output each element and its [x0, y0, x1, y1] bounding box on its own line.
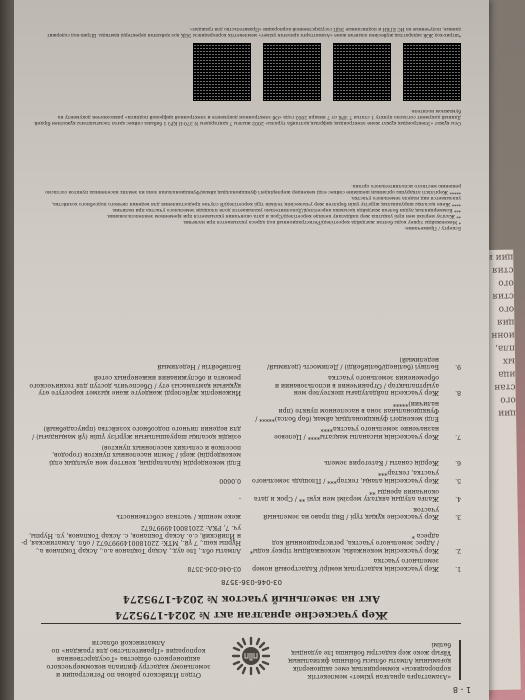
note-item: *** Коммерциялық аудан болған жағдайда қ…	[31, 206, 461, 212]
row-number: 9.	[439, 355, 461, 370]
table-row: 2.Жер учаскесінің мекенжайы, мекенжайдың…	[21, 523, 461, 553]
row-label: Жер учаскесін пайдалудағы шектеулер мен …	[241, 373, 439, 396]
table-row: 4.Жалға алудың аяқталу мерзімі мен күні …	[21, 487, 461, 502]
header-org-kz: «Азаматтарға арналған үкімет» мемлекетті…	[286, 640, 461, 680]
row-number: 2.	[439, 523, 461, 553]
row-label: Жер учаскесінің кадастрлық нөмірі/ Кадас…	[241, 557, 439, 572]
notes-heading: Ескерту / Примечание:	[31, 224, 461, 230]
table-row: 5.Жер учаскесінің алаңы, гектар*** / Пло…	[21, 469, 461, 484]
row-number: 1.	[439, 557, 461, 572]
qr-footer-note: *штрих-код ЖЖ ақпараттық жүйесінен алынғ…	[31, 25, 461, 37]
table-row: 6.Жердің санаты / Категория земельЕлді м…	[21, 443, 461, 466]
row-value: 0.0600	[21, 469, 241, 484]
row-value: 03-046-036-3578	[21, 557, 241, 572]
row-value: өзіндік қосалқы шаруашылығын жүргізу үші…	[21, 425, 241, 440]
qr-code-icon	[403, 43, 461, 101]
row-label: Бөлінуі (бөлінеді/бөлінбейді) / Делимост…	[241, 355, 439, 370]
document-header: «Азаматтарға арналған үкімет» мемлекетті…	[41, 628, 461, 680]
table-row: 7.Жер учаскесінің нысаналы мақсаты**** /…	[21, 425, 461, 440]
photo-background-left	[0, 0, 14, 700]
cadastral-number: 03-046-036-3578	[14, 578, 489, 586]
qr-code-icon	[263, 43, 321, 101]
table-row: 3.Жер учаскесіне құқық түрі / Вид право …	[21, 505, 461, 520]
qr-code-icon	[193, 43, 251, 101]
row-label: Жер учаскесінің мекенжайы, мекенжайдың т…	[241, 523, 439, 553]
row-number: 8.	[439, 373, 461, 396]
digital-signature-section: Осы құжат «Электрондық құжат және электр…	[31, 25, 461, 125]
digital-signature-notice: Осы құжат «Электрондық құжат және электр…	[31, 107, 461, 125]
row-value	[21, 399, 241, 422]
row-value: Бөлінбейтін / Неделимый	[21, 355, 241, 370]
table-row: Елді мекендегі функционалдық аймақ (бар …	[21, 399, 461, 422]
act-fields-table: 1.Жер учаскесінің кадастрлық нөмірі/ Кад…	[21, 352, 461, 572]
document-content-rotated: 1 - 8 «Азаматтарға арналған үкімет» мемл…	[14, 0, 489, 700]
qr-code-icon	[333, 43, 391, 101]
row-label: Жер учаскесіне құқық түрі / Вид право на…	[241, 505, 439, 520]
table-row: 1.Жер учаскесінің кадастрлық нөмірі/ Кад…	[21, 557, 461, 572]
row-label: Жердің санаты / Категория земель	[241, 443, 439, 466]
row-value: Елді мекендердің (қалалардың, кенттер ме…	[21, 443, 241, 466]
note-item: * Мекенжайды тіркеу коды болған жағдайда…	[31, 218, 461, 224]
row-value: Инженерлік жүйелерді жөндеуге және қызме…	[21, 373, 241, 396]
row-number	[439, 399, 461, 422]
act-title-kz: Жер учаскесіне арналған акт № 2024-17952…	[14, 609, 489, 620]
row-value: Алматы обл., Іле ауд., Асқар Тоқпанов а.…	[21, 523, 241, 553]
header-divider	[41, 623, 461, 624]
act-title-ru: Акт на земельный участок № 2024-1795274	[14, 593, 489, 604]
page-number: 1 - 8	[453, 685, 471, 694]
row-value: жеке меншік / частная собственность	[21, 505, 241, 520]
government-emblem-icon	[231, 636, 271, 676]
note-item: ** Жалгау мерзімі мен күні уақытша жер п…	[31, 212, 461, 218]
document-page: 1 - 8 «Азаматтарға арналған үкімет» мемл…	[14, 0, 489, 700]
row-label: Елді мекендегі функционалдық аймақ (бар …	[241, 399, 439, 422]
row-label: Жалға алудың аяқталу мерзімі мен күні **…	[241, 487, 439, 502]
row-number: 6.	[439, 443, 461, 466]
table-row: 9.Бөлінуі (бөлінеді/бөлінбейді) / Делимо…	[21, 355, 461, 370]
row-number: 4.	[439, 487, 461, 502]
row-label: Жер учаскесінің алаңы, гектар*** / Площа…	[241, 469, 439, 484]
note-item: **** Жеке қосалқы шаруашылық жүргізу үші…	[31, 194, 461, 206]
row-number: 3.	[439, 505, 461, 520]
notes-section: Ескерту / Примечание: * Мекенжайды тірке…	[31, 182, 461, 230]
row-number: 5.	[439, 469, 461, 484]
row-value: -	[21, 487, 241, 502]
row-label: Жер учаскесінің нысаналы мақсаты**** / Ц…	[241, 425, 439, 440]
note-item: ***** Жергілікті атқарушы органның шешім…	[31, 182, 461, 194]
table-row: 8.Жер учаскесін пайдалудағы шектеулер ме…	[21, 373, 461, 396]
row-number: 7.	[439, 425, 461, 440]
header-org-ru: Отдел Илийского района по Регистрации и …	[41, 638, 216, 678]
